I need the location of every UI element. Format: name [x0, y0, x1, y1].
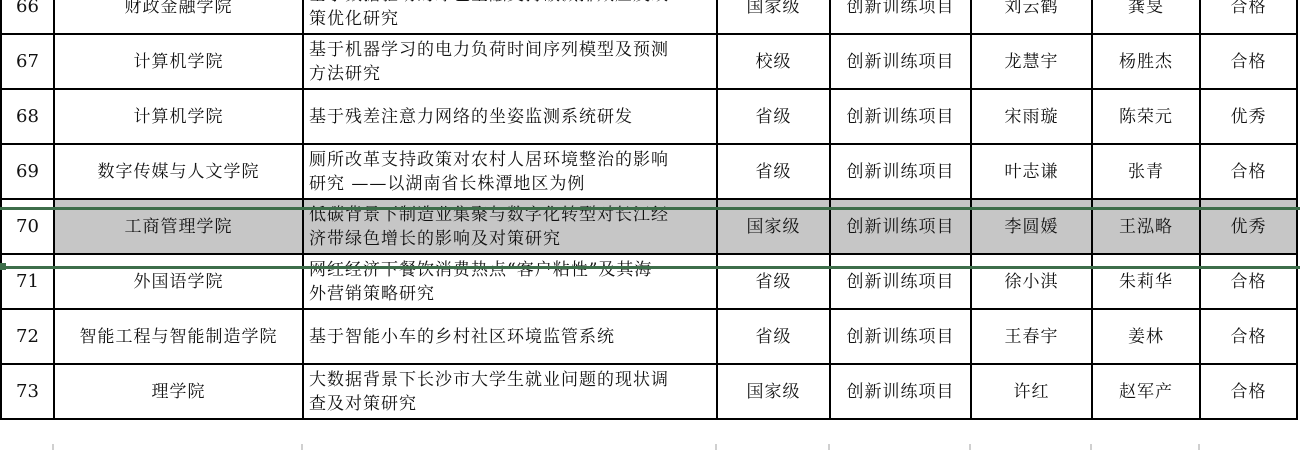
cell-level[interactable]: 省级: [717, 309, 830, 364]
title-line2-text: 外营销策略研究: [309, 282, 710, 306]
cell-title[interactable]: 基于残差注意力网络的坐姿监测系统研发: [303, 89, 717, 144]
cell-college[interactable]: 外国语学院: [54, 254, 303, 309]
college-text: 数字传媒与人文学院: [98, 162, 260, 182]
leader-text: 徐小淇: [1005, 272, 1059, 292]
type-text: 创新训练项目: [847, 382, 955, 402]
title-line1-text: 大数据背景下长沙市大学生就业问题的现状调: [309, 368, 710, 392]
cell-title[interactable]: 基于机器学习的电力负荷时间序列模型及预测方法研究: [303, 34, 717, 89]
advisor-text: 赵军产: [1119, 382, 1173, 402]
cell-level[interactable]: 省级: [717, 89, 830, 144]
no-text: 72: [16, 326, 39, 347]
type-text: 创新训练项目: [847, 52, 955, 72]
cell-result[interactable]: 合格: [1200, 364, 1297, 419]
cell-type[interactable]: 创新训练项目: [830, 144, 971, 199]
result-text: 合格: [1231, 382, 1267, 402]
leader-text: 宋雨璇: [1005, 107, 1059, 127]
cell-title[interactable]: 基于智能小车的乡村社区环境监管系统: [303, 309, 717, 364]
result-text: 优秀: [1231, 217, 1267, 237]
level-text: 校级: [756, 52, 792, 72]
no-text: 70: [16, 216, 39, 237]
cell-leader[interactable]: 刘云鹤: [971, 0, 1092, 34]
fill-handle[interactable]: [0, 263, 6, 270]
cell-leader[interactable]: 龙慧宇: [971, 34, 1092, 89]
college-text: 理学院: [152, 382, 206, 402]
cell-type[interactable]: 创新训练项目: [830, 89, 971, 144]
cell-no[interactable]: 67: [1, 34, 54, 89]
college-text: 计算机学院: [134, 107, 224, 127]
cell-type[interactable]: 创新训练项目: [830, 364, 971, 419]
title-line2-text: 查及对策研究: [309, 392, 710, 416]
cell-college[interactable]: 计算机学院: [54, 34, 303, 89]
result-text: 合格: [1231, 327, 1267, 347]
level-text: 国家级: [747, 217, 801, 237]
cell-leader[interactable]: 王春宇: [971, 309, 1092, 364]
cell-advisor[interactable]: 赵军产: [1092, 364, 1200, 419]
level-text: 国家级: [747, 0, 801, 17]
cell-result[interactable]: 合格: [1200, 34, 1297, 89]
advisor-text: 杨胜杰: [1119, 52, 1173, 72]
cell-advisor[interactable]: 陈荣元: [1092, 89, 1200, 144]
title-line1-text: 基于智能小车的乡村社区环境监管系统: [309, 325, 710, 349]
cell-no[interactable]: 73: [1, 364, 54, 419]
advisor-text: 朱莉华: [1119, 272, 1173, 292]
cell-title[interactable]: 基于数据驱动的绿色金融支持碳减排效应及政策优化研究: [303, 0, 717, 34]
level-text: 省级: [756, 272, 792, 292]
result-text: 合格: [1231, 162, 1267, 182]
advisor-text: 龚旻: [1128, 0, 1164, 17]
cell-level[interactable]: 校级: [717, 34, 830, 89]
cell-advisor[interactable]: 姜林: [1092, 309, 1200, 364]
cell-no[interactable]: 68: [1, 89, 54, 144]
cell-result[interactable]: 合格: [1200, 309, 1297, 364]
title-line1-text: 基于数据驱动的绿色金融支持碳减排效应及政: [309, 0, 710, 7]
advisor-text: 王泓略: [1119, 217, 1173, 237]
cell-college[interactable]: 计算机学院: [54, 89, 303, 144]
no-text: 69: [16, 161, 39, 182]
cell-no[interactable]: 69: [1, 144, 54, 199]
cell-college[interactable]: 财政金融学院: [54, 0, 303, 34]
table-row[interactable]: 68 计算机学院 基于残差注意力网络的坐姿监测系统研发 省级 创新训练项目 宋雨…: [1, 89, 1297, 144]
title-line1-text: 网红经济下餐饮消费热点“客户粘性”及其海: [309, 258, 710, 282]
cell-result[interactable]: 优秀: [1200, 89, 1297, 144]
college-text: 外国语学院: [134, 272, 224, 292]
cell-level[interactable]: 省级: [717, 144, 830, 199]
table-row[interactable]: 66 财政金融学院 基于数据驱动的绿色金融支持碳减排效应及政策优化研究 国家级 …: [1, 0, 1297, 34]
no-text: 68: [16, 106, 39, 127]
cell-leader[interactable]: 许红: [971, 364, 1092, 419]
leader-text: 许红: [1014, 382, 1050, 402]
type-text: 创新训练项目: [847, 217, 955, 237]
table-row[interactable]: 67 计算机学院 基于机器学习的电力负荷时间序列模型及预测方法研究 校级 创新训…: [1, 34, 1297, 89]
title-line2-text: 济带绿色增长的影响及对策研究: [309, 227, 710, 251]
cell-leader[interactable]: 叶志谦: [971, 144, 1092, 199]
cell-type[interactable]: 创新训练项目: [830, 34, 971, 89]
advisor-text: 姜林: [1128, 327, 1164, 347]
cell-advisor[interactable]: 龚旻: [1092, 0, 1200, 34]
level-text: 省级: [756, 327, 792, 347]
project-table: 66 财政金融学院 基于数据驱动的绿色金融支持碳减排效应及政策优化研究 国家级 …: [0, 0, 1298, 420]
cell-advisor[interactable]: 朱莉华: [1092, 254, 1200, 309]
leader-text: 叶志谦: [1005, 162, 1059, 182]
table-row[interactable]: 72 智能工程与智能制造学院 基于智能小车的乡村社区环境监管系统 省级 创新训练…: [1, 309, 1297, 364]
title-line2-text: 研究 ——以湖南省长株潭地区为例: [309, 172, 710, 196]
leader-text: 刘云鹤: [1005, 0, 1059, 17]
college-text: 财政金融学院: [125, 0, 233, 17]
cell-result[interactable]: 合格: [1200, 0, 1297, 34]
type-text: 创新训练项目: [847, 0, 955, 17]
cell-college[interactable]: 数字传媒与人文学院: [54, 144, 303, 199]
cell-result[interactable]: 合格: [1200, 144, 1297, 199]
level-text: 省级: [756, 107, 792, 127]
result-text: 合格: [1231, 272, 1267, 292]
empty-gridlines: [0, 444, 1300, 450]
leader-text: 王春宇: [1005, 327, 1059, 347]
result-text: 合格: [1231, 52, 1267, 72]
cell-advisor[interactable]: 张青: [1092, 144, 1200, 199]
college-text: 计算机学院: [134, 52, 224, 72]
cell-no[interactable]: 71: [1, 254, 54, 309]
advisor-text: 陈荣元: [1119, 107, 1173, 127]
cell-no[interactable]: 72: [1, 309, 54, 364]
no-text: 66: [16, 0, 39, 17]
type-text: 创新训练项目: [847, 327, 955, 347]
cell-title[interactable]: 大数据背景下长沙市大学生就业问题的现状调查及对策研究: [303, 364, 717, 419]
result-text: 优秀: [1231, 107, 1267, 127]
title-line2-text: 方法研究: [309, 62, 710, 86]
college-text: 工商管理学院: [125, 217, 233, 237]
level-text: 国家级: [747, 382, 801, 402]
result-text: 合格: [1231, 0, 1267, 17]
selection-top-border: [0, 207, 1300, 210]
type-text: 创新训练项目: [847, 107, 955, 127]
cell-leader[interactable]: 徐小淇: [971, 254, 1092, 309]
cell-type[interactable]: 创新训练项目: [830, 254, 971, 309]
no-text: 73: [16, 381, 39, 402]
table-row[interactable]: 73 理学院 大数据背景下长沙市大学生就业问题的现状调查及对策研究 国家级 创新…: [1, 364, 1297, 419]
type-text: 创新训练项目: [847, 162, 955, 182]
cell-leader[interactable]: 宋雨璇: [971, 89, 1092, 144]
cell-title[interactable]: 厕所改革支持政策对农村人居环境整治的影响研究 ——以湖南省长株潭地区为例: [303, 144, 717, 199]
table-row[interactable]: 71 外国语学院 网红经济下餐饮消费热点“客户粘性”及其海外营销策略研究 省级 …: [1, 254, 1297, 309]
cell-result[interactable]: 合格: [1200, 254, 1297, 309]
leader-text: 龙慧宇: [1005, 52, 1059, 72]
cell-advisor[interactable]: 杨胜杰: [1092, 34, 1200, 89]
cell-college[interactable]: 智能工程与智能制造学院: [54, 309, 303, 364]
college-text: 智能工程与智能制造学院: [80, 327, 278, 347]
spreadsheet-grid: 66 财政金融学院 基于数据驱动的绿色金融支持碳减排效应及政策优化研究 国家级 …: [0, 0, 1300, 420]
cell-college[interactable]: 理学院: [54, 364, 303, 419]
title-line1-text: 基于机器学习的电力负荷时间序列模型及预测: [309, 38, 710, 62]
cell-title[interactable]: 网红经济下餐饮消费热点“客户粘性”及其海外营销策略研究: [303, 254, 717, 309]
selection-bottom-border: [0, 266, 1300, 269]
cell-level[interactable]: 省级: [717, 254, 830, 309]
type-text: 创新训练项目: [847, 272, 955, 292]
cell-level[interactable]: 国家级: [717, 0, 830, 34]
title-line1-text: 基于残差注意力网络的坐姿监测系统研发: [309, 105, 710, 129]
no-text: 71: [16, 271, 39, 292]
title-line2-text: 策优化研究: [309, 7, 710, 31]
advisor-text: 张青: [1128, 162, 1164, 182]
table-row[interactable]: 69 数字传媒与人文学院 厕所改革支持政策对农村人居环境整治的影响研究 ——以湖…: [1, 144, 1297, 199]
level-text: 省级: [756, 162, 792, 182]
leader-text: 李圆媛: [1005, 217, 1059, 237]
title-line1-text: 厕所改革支持政策对农村人居环境整治的影响: [309, 148, 710, 172]
cell-level[interactable]: 国家级: [717, 364, 830, 419]
no-text: 67: [16, 51, 39, 72]
cell-no[interactable]: 66: [1, 0, 54, 34]
cell-type[interactable]: 创新训练项目: [830, 309, 971, 364]
cell-type[interactable]: 创新训练项目: [830, 0, 971, 34]
